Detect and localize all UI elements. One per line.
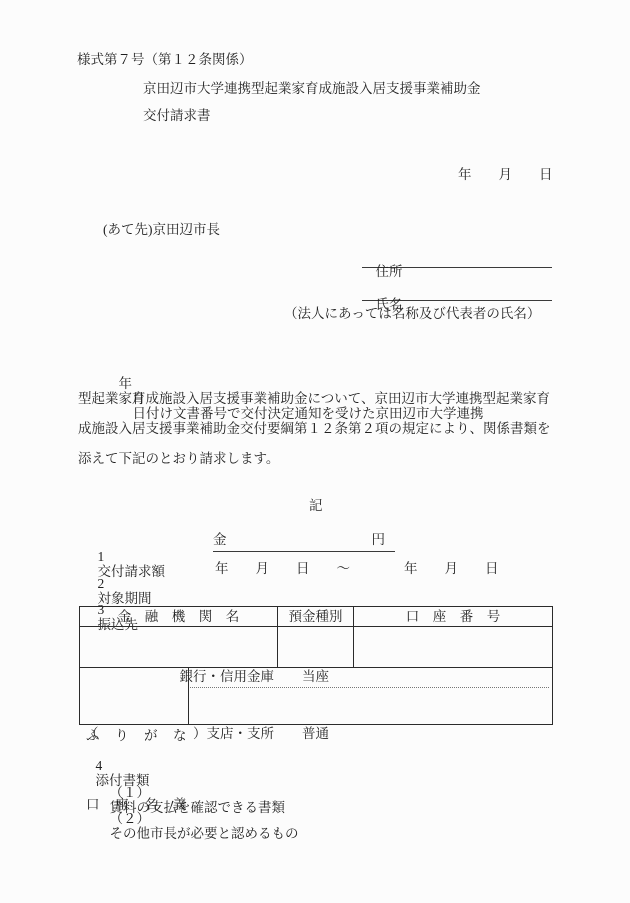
amount-fill-line: 金 円 [213,532,395,552]
request-form-document: 様式第７号（第１２条関係） 京田辺市大学連携型起業家育成施設入居支援事業補助金 … [0,0,630,903]
account-name-blank-cell [189,668,552,724]
attachment-2-text: その他市長が必要と認めるもの [110,826,299,841]
header-financial-institution: 金 融 機 関 名 [80,607,278,626]
account-number-blank-cell [354,627,552,667]
corporate-note: （法人にあっては名称及び代表者の氏名） [284,306,540,321]
bank-table-account-name-row: ふ り が な 口 座 名 義 [80,668,552,724]
address-fill-line: 住所 [362,249,552,268]
document-title-subsidy-name: 京田辺市大学連携型起業家育成施設入居支援事業補助金 [143,81,481,96]
amount-suffix-en: 円 [372,532,386,547]
institution-cell: 銀行・信用金庫 （ ）支店・支所 [80,627,278,667]
header-account-number: 口 座 番 号 [354,607,552,626]
attachment-2-number: （２） [110,811,159,826]
addressee-line: (あて先)京田辺市長 [103,222,220,237]
furigana-dotted-line [190,687,549,688]
deposit-type-ordinary: 普通 [278,724,353,743]
attachment-item-2: （２） その他市長が必要と認めるもの [96,796,299,856]
ki-marker: 記 [309,498,323,513]
deposit-type-cell: 当座 普通 [278,627,354,667]
body-blank-year: 年 [119,376,133,391]
account-name-label-cell: ふ り が な 口 座 名 義 [80,668,189,724]
form-number: 様式第７号（第１２条関係） [77,52,253,67]
address-label: 住所 [376,264,403,279]
document-title: 交付請求書 [143,108,211,123]
bank-table-institution-row: 銀行・信用金庫 （ ）支店・支所 当座 普通 [80,627,552,668]
bank-transfer-table: 金 融 機 関 名 預金種別 口 座 番 号 銀行・信用金庫 （ ）支店・支所 … [79,606,553,725]
date-blank-line: 年 月 日 [458,167,553,182]
body-line-1-text: 日付け文書番号で交付決定通知を受けた京田辺市大学連携 [133,406,484,421]
body-line-3: 成施設入居支援事業補助金交付要綱第１２条第２項の規定により、関係書類を [78,421,551,436]
period-blank-line: 年 月 日 〜 年 月 日 [215,561,499,576]
body-line-2: 型起業家育成施設入居支援事業補助金について、京田辺市大学連携型起業家育 [78,391,550,406]
bank-table-header-row: 金 融 機 関 名 預金種別 口 座 番 号 [80,607,552,627]
amount-prefix-yen: 金 [213,532,227,547]
body-line-4: 添えて下記のとおり請求します。 [78,451,279,466]
header-deposit-type: 預金種別 [278,607,354,626]
name-fill-line: 氏名 [362,282,552,301]
